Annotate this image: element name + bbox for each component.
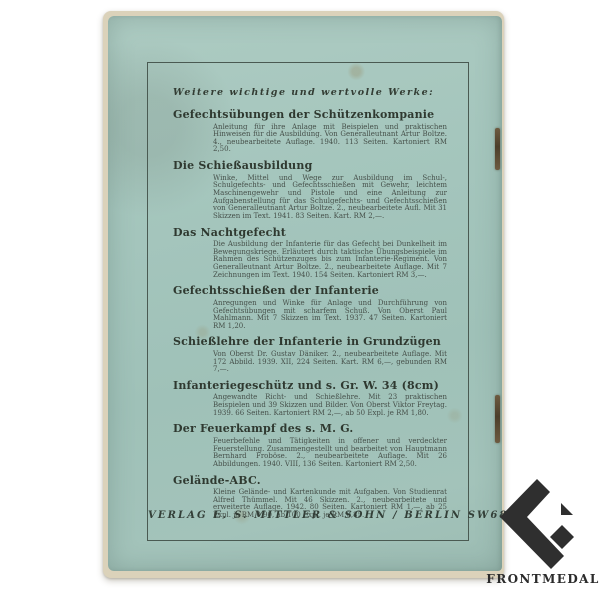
section-title: Der Feuerkampf des s. M. G. xyxy=(173,423,447,436)
printed-border-frame: Weitere wichtige und wertvolle Werke: Ge… xyxy=(147,62,469,541)
booklet: Weitere wichtige und wertvolle Werke: Ge… xyxy=(103,11,504,578)
section-body: Feuerbefehle und Tätigkeiten in offener … xyxy=(213,438,447,469)
section-body: Angewandte Richt- und Schießlehre. Mit 2… xyxy=(213,394,447,417)
catalog-intro-line: Weitere wichtige und wertvolle Werke: xyxy=(173,87,447,98)
list-item: Der Feuerkampf des s. M. G. Feuerbefehle… xyxy=(173,423,447,468)
section-title: Schießlehre der Infanterie in Grundzügen xyxy=(173,336,447,349)
section-title: Gefechtsschießen der Infanterie xyxy=(173,285,447,298)
list-item: Gefechtsübungen der Schützenkompanie Anl… xyxy=(173,109,447,154)
staple-bottom xyxy=(495,395,500,443)
section-title: Das Nachtgefecht xyxy=(173,227,447,240)
publisher-catalog-list: Weitere wichtige und wertvolle Werke: Ge… xyxy=(148,63,468,540)
section-body: Die Ausbildung der Infanterie für das Ge… xyxy=(213,241,447,279)
booklet-back-cover: Weitere wichtige und wertvolle Werke: Ge… xyxy=(108,16,502,571)
staple-top xyxy=(495,128,500,170)
section-title: Infanteriegeschütz und s. Gr. W. 34 (8cm… xyxy=(173,380,447,393)
list-item: Die Schießausbildung Winke, Mittel und W… xyxy=(173,160,447,220)
section-body: Von Oberst Dr. Gustav Däniker. 2., neube… xyxy=(213,351,447,374)
photo-of-booklet-back-cover: { "document": { "intro": "Weitere wichti… xyxy=(0,0,600,600)
section-title: Gelände-ABC. xyxy=(173,475,447,488)
publisher-imprint-line: VERLAG E. S. MITTLER & SOHN / BERLIN SW6… xyxy=(148,510,468,521)
watermark-brand-text: FRONTMEDAL xyxy=(486,572,600,586)
list-item: Das Nachtgefecht Die Ausbildung der Infa… xyxy=(173,227,447,280)
list-item: Schießlehre der Infanterie in Grundzügen… xyxy=(173,336,447,373)
list-item: Infanteriegeschütz und s. Gr. W. 34 (8cm… xyxy=(173,380,447,417)
section-title: Die Schießausbildung xyxy=(173,160,447,173)
list-item: Gefechtsschießen der Infanterie Anregung… xyxy=(173,285,447,330)
section-body: Anleitung für ihre Anlage mit Beispielen… xyxy=(213,124,447,155)
section-body: Winke, Mittel und Wege zur Ausbildung im… xyxy=(213,175,447,221)
section-title: Gefechtsübungen der Schützenkompanie xyxy=(173,109,447,122)
section-body: Anregungen und Winke für Anlage und Durc… xyxy=(213,300,447,331)
frontmedal-arrow-logo-icon xyxy=(492,462,592,572)
